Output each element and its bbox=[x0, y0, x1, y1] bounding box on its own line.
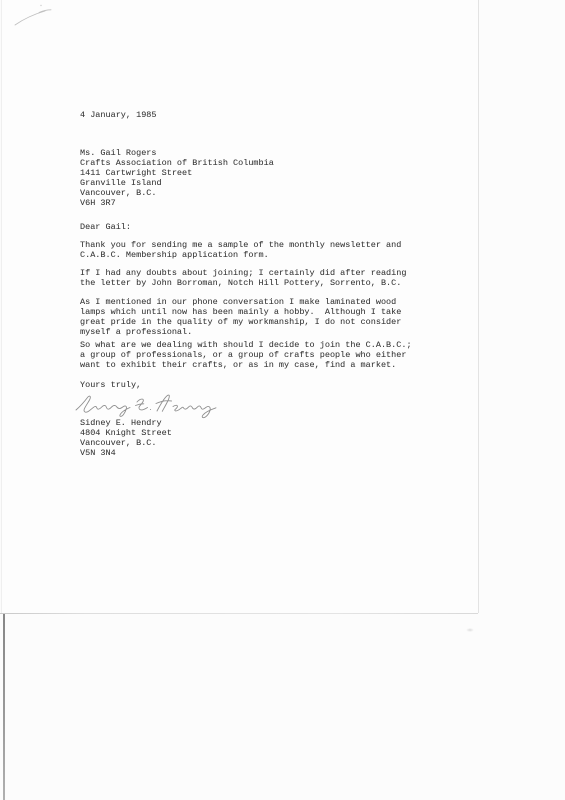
body-paragraph: So what are we dealing with should I dec… bbox=[80, 340, 412, 370]
letter-page: 4 January, 1985 Ms. Gail Rogers Crafts A… bbox=[1, 0, 479, 613]
closing-line: Yours truly, bbox=[80, 380, 141, 390]
scan-smudge bbox=[466, 628, 474, 632]
pencil-mark bbox=[10, 1, 60, 31]
page-bottom-edge bbox=[0, 613, 478, 614]
body-paragraph: As I mentioned in our phone conversation… bbox=[80, 297, 401, 337]
scanned-letter-image: 4 January, 1985 Ms. Gail Rogers Crafts A… bbox=[0, 0, 565, 800]
letter-date: 4 January, 1985 bbox=[80, 110, 157, 120]
recipient-address: Ms. Gail Rogers Crafts Association of Br… bbox=[80, 148, 274, 208]
scanner-edge-line bbox=[3, 614, 5, 800]
scanner-background-bottom bbox=[0, 614, 565, 800]
salutation: Dear Gail: bbox=[80, 222, 131, 232]
body-paragraph: If I had any doubts about joining; I cer… bbox=[80, 268, 406, 288]
sender-address: Sidney E. Hendry 4804 Knight Street Vanc… bbox=[80, 418, 172, 458]
body-paragraph: Thank you for sending me a sample of the… bbox=[80, 240, 401, 260]
